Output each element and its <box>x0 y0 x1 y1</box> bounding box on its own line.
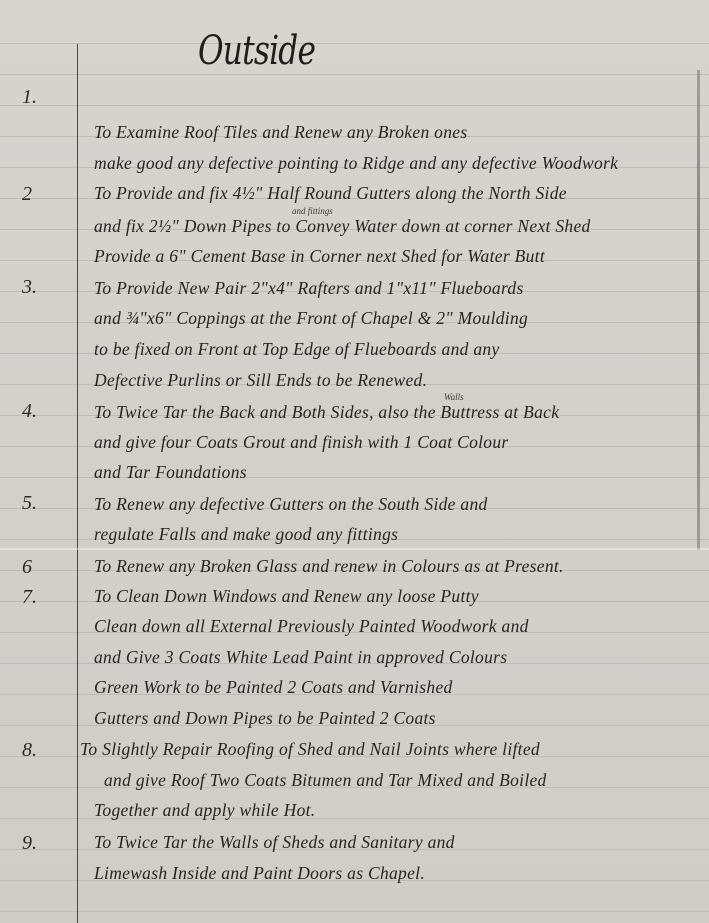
item-line: To Clean Down Windows and Renew any loos… <box>94 586 699 607</box>
item-line: and ¾"x6" Coppings at the Front of Chape… <box>94 308 699 329</box>
item-number: 4. <box>22 400 62 423</box>
item-line: and give four Coats Grout and finish wit… <box>94 432 699 453</box>
item-line: and give Roof Two Coats Bitumen and Tar … <box>104 770 709 791</box>
item-line: make good any defective pointing to Ridg… <box>94 153 699 174</box>
item-line: To Twice Tar the Walls of Sheds and Sani… <box>94 832 699 853</box>
item-line: Provide a 6" Cement Base in Corner next … <box>94 246 699 267</box>
item-number: 6 <box>22 556 62 579</box>
item-number: 7. <box>22 586 62 609</box>
item-line: Defective Purlins or Sill Ends to be Ren… <box>94 370 699 391</box>
item-number: 9. <box>22 832 62 855</box>
item-line: To Renew any defective Gutters on the So… <box>94 494 699 515</box>
item-line: and fix 2½" Down Pipes to Convey Water d… <box>94 216 699 237</box>
item-line: To Provide and fix 4½" Half Round Gutter… <box>94 183 699 204</box>
insertion-note: Walls <box>444 392 464 402</box>
ruled-paper-page: Outside 1. To Examine Roof Tiles and Ren… <box>0 0 709 923</box>
insertion-note: and fittings <box>292 206 333 216</box>
item-line: to be fixed on Front at Top Edge of Flue… <box>94 339 699 360</box>
item-line: Green Work to be Painted 2 Coats and Var… <box>94 677 699 698</box>
item-line: and Give 3 Coats White Lead Paint in app… <box>94 647 699 668</box>
item-line: To Renew any Broken Glass and renew in C… <box>94 556 699 577</box>
item-number: 1. <box>22 86 62 109</box>
margin-line <box>77 44 78 923</box>
item-number: 3. <box>22 276 62 299</box>
item-line: Together and apply while Hot. <box>94 800 699 821</box>
page-title: Outside <box>198 28 315 74</box>
item-line: To Slightly Repair Roofing of Shed and N… <box>80 739 685 760</box>
item-line: Limewash Inside and Paint Doors as Chape… <box>94 863 699 884</box>
item-line: To Examine Roof Tiles and Renew any Brok… <box>94 122 699 143</box>
item-line: To Twice Tar the Back and Both Sides, al… <box>94 402 699 423</box>
item-line: Clean down all External Previously Paint… <box>94 616 699 637</box>
item-line: regulate Falls and make good any fitting… <box>94 524 699 545</box>
item-line: Gutters and Down Pipes to be Painted 2 C… <box>94 708 699 729</box>
item-number: 8. <box>22 739 62 762</box>
paper-fold <box>0 548 709 550</box>
item-line: To Provide New Pair 2"x4" Rafters and 1"… <box>94 278 699 299</box>
item-number: 5. <box>22 492 62 515</box>
item-number: 2 <box>22 183 62 206</box>
item-line: and Tar Foundations <box>94 462 699 483</box>
